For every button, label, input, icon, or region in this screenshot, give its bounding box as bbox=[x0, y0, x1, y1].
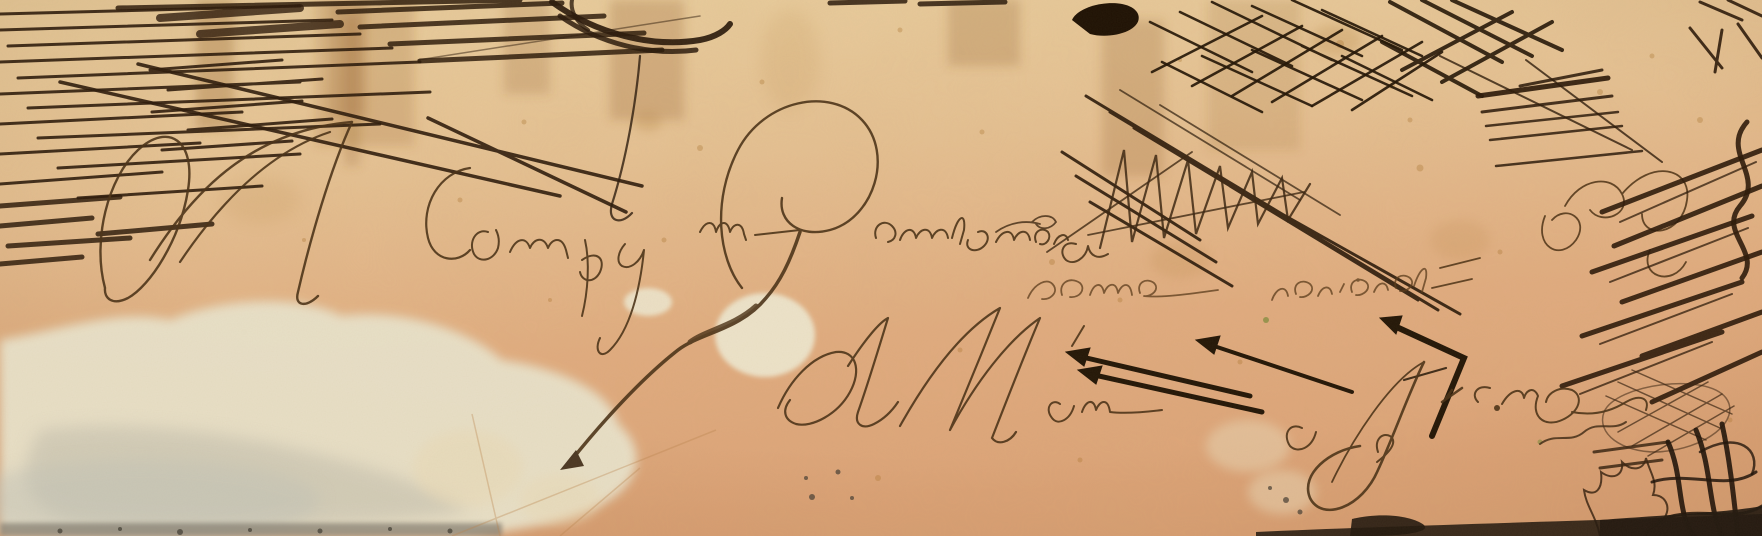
paper-grain-overlay bbox=[0, 0, 1762, 536]
ink-drawing bbox=[0, 0, 1762, 536]
artwork-canvas: Al Camp y mar Palomera come ricordo dell… bbox=[0, 0, 1762, 536]
